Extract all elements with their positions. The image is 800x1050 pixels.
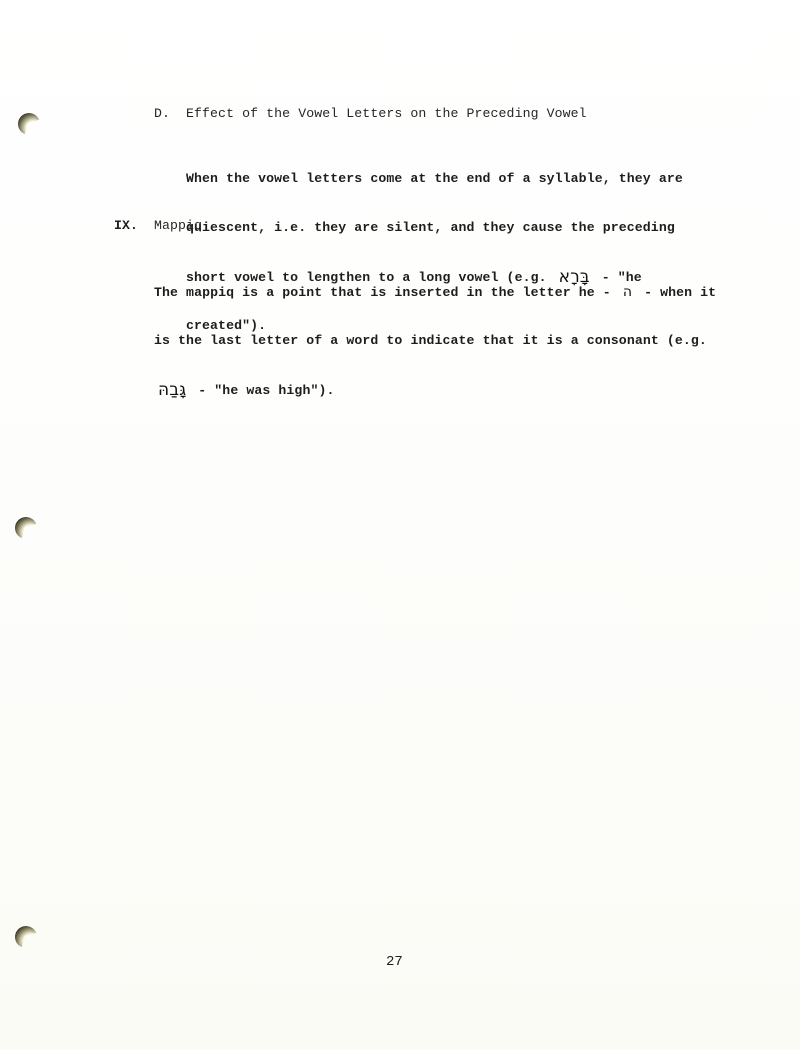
hebrew-letter-he: ה bbox=[619, 284, 636, 300]
punch-hole-icon bbox=[15, 517, 37, 539]
paragraph-line: גָּבַהּ - "he was high"). bbox=[154, 382, 716, 398]
paragraph-line: When the vowel letters come at the end o… bbox=[186, 171, 683, 187]
section-d-heading: Effect of the Vowel Letters on the Prece… bbox=[186, 106, 587, 122]
line-text: - "he was high"). bbox=[190, 383, 334, 398]
section-ix-label: IX. bbox=[114, 218, 138, 234]
section-ix-heading: Mappiq bbox=[154, 218, 202, 234]
page-number: 27 bbox=[386, 954, 403, 970]
line-text: The mappiq is a point that is inserted i… bbox=[154, 285, 619, 300]
paragraph-line: quiescent, i.e. they are silent, and the… bbox=[186, 220, 683, 236]
document-page: D. Effect of the Vowel Letters on the Pr… bbox=[0, 0, 800, 1050]
paragraph-line: is the last letter of a word to indicate… bbox=[154, 333, 716, 349]
line-text: - when it bbox=[636, 285, 716, 300]
hebrew-example-gavah: גָּבַהּ bbox=[154, 382, 190, 398]
paragraph-line: The mappiq is a point that is inserted i… bbox=[154, 284, 716, 300]
punch-hole-icon bbox=[15, 926, 37, 948]
section-ix-paragraph: The mappiq is a point that is inserted i… bbox=[154, 251, 716, 431]
punch-hole-icon bbox=[18, 113, 40, 135]
section-d-label: D. bbox=[154, 106, 170, 122]
